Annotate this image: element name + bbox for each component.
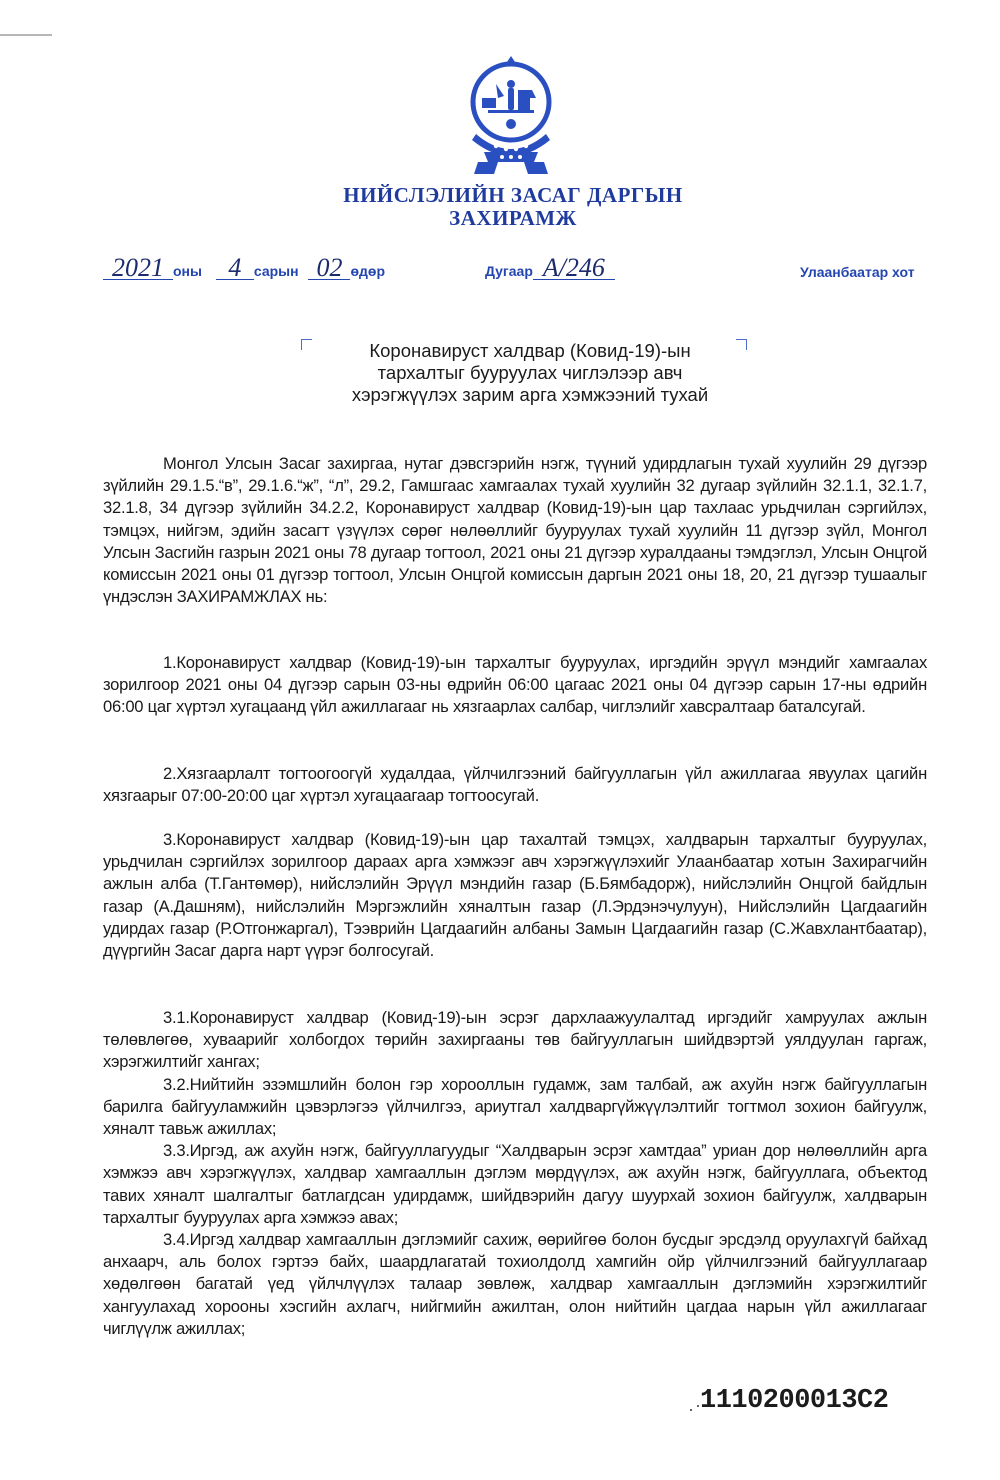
- date-day-label: өдөр: [350, 263, 385, 279]
- state-emblem-icon: [466, 52, 556, 176]
- clause-2-text: 2.Хязгаарлалт тогтоогоогүй худалдаа, үйл…: [103, 763, 927, 807]
- document-date: 2021оны 4сарын 02өдөр: [103, 257, 385, 280]
- clause-1-text: 1.Коронавируст халдвар (Ковид-19)-ын тар…: [103, 652, 927, 719]
- preamble-text: Монгол Улсын Засаг захиргаа, нутаг дэвсг…: [103, 453, 927, 608]
- document-number-label: Дугаар: [485, 263, 533, 279]
- issuing-authority-title: НИЙСЛЭЛИЙН ЗАСАГ ДАРГЫН ЗАХИРАМЖ: [0, 184, 1000, 230]
- preamble-paragraph: Монгол Улсын Засаг захиргаа, нутаг дэвсг…: [103, 453, 927, 608]
- subject-title-line-3: хэрэгжүүлэх зарим арга хэмжээний тухай: [280, 384, 780, 406]
- clause-3: 3.Коронавируст халдвар (Ковид-19)-ын цар…: [103, 829, 927, 962]
- document-number-value: А/246: [533, 257, 615, 280]
- date-month: 4: [216, 257, 254, 280]
- date-year-label: оны: [173, 263, 202, 279]
- document-serial-number: 1110200013С2: [700, 1386, 888, 1416]
- clause-3-2-text: 3.2.Нийтийн эзэмшлийн болон гэр хорооллы…: [103, 1074, 927, 1141]
- header-title-line-1: НИЙСЛЭЛИЙН ЗАСАГ ДАРГЫН: [0, 184, 1000, 207]
- clause-3-4-text: 3.4.Иргэд халдвар хамгааллын дэглэмийг с…: [103, 1229, 927, 1340]
- date-year: 2021: [103, 257, 173, 280]
- date-day: 02: [308, 257, 350, 280]
- scan-artifact-line: [0, 34, 52, 36]
- document-number: ДугаарА/246: [485, 257, 615, 280]
- document-meta-row: 2021оны 4сарын 02өдөр ДугаарА/246 Улаанб…: [0, 252, 1000, 286]
- clause-1: 1.Коронавируст халдвар (Ковид-19)-ын тар…: [103, 652, 927, 719]
- clause-3-text: 3.Коронавируст халдвар (Ковид-19)-ын цар…: [103, 829, 927, 962]
- header-title-line-2: ЗАХИРАМЖ: [0, 207, 1000, 230]
- clause-3-subitems: 3.1.Коронавируст халдвар (Ковид-19)-ын э…: [103, 1007, 927, 1340]
- date-month-label: сарын: [254, 263, 299, 279]
- document-city: Улаанбаатар хот: [800, 264, 915, 280]
- subject-title-line-1: Коронавируст халдвар (Ковид-19)-ын: [280, 340, 780, 362]
- subject-title-line-2: тархалтыг бууруулах чиглэлээр авч: [280, 362, 780, 384]
- clause-3-3-text: 3.3.Иргэд, аж ахуйн нэгж, байгууллагууды…: [103, 1140, 927, 1229]
- clause-3-1-text: 3.1.Коронавируст халдвар (Ковид-19)-ын э…: [103, 1007, 927, 1074]
- document-subject-title: Коронавируст халдвар (Ковид-19)-ын тарха…: [280, 340, 780, 406]
- clause-2: 2.Хязгаарлалт тогтоогоогүй худалдаа, үйл…: [103, 763, 927, 807]
